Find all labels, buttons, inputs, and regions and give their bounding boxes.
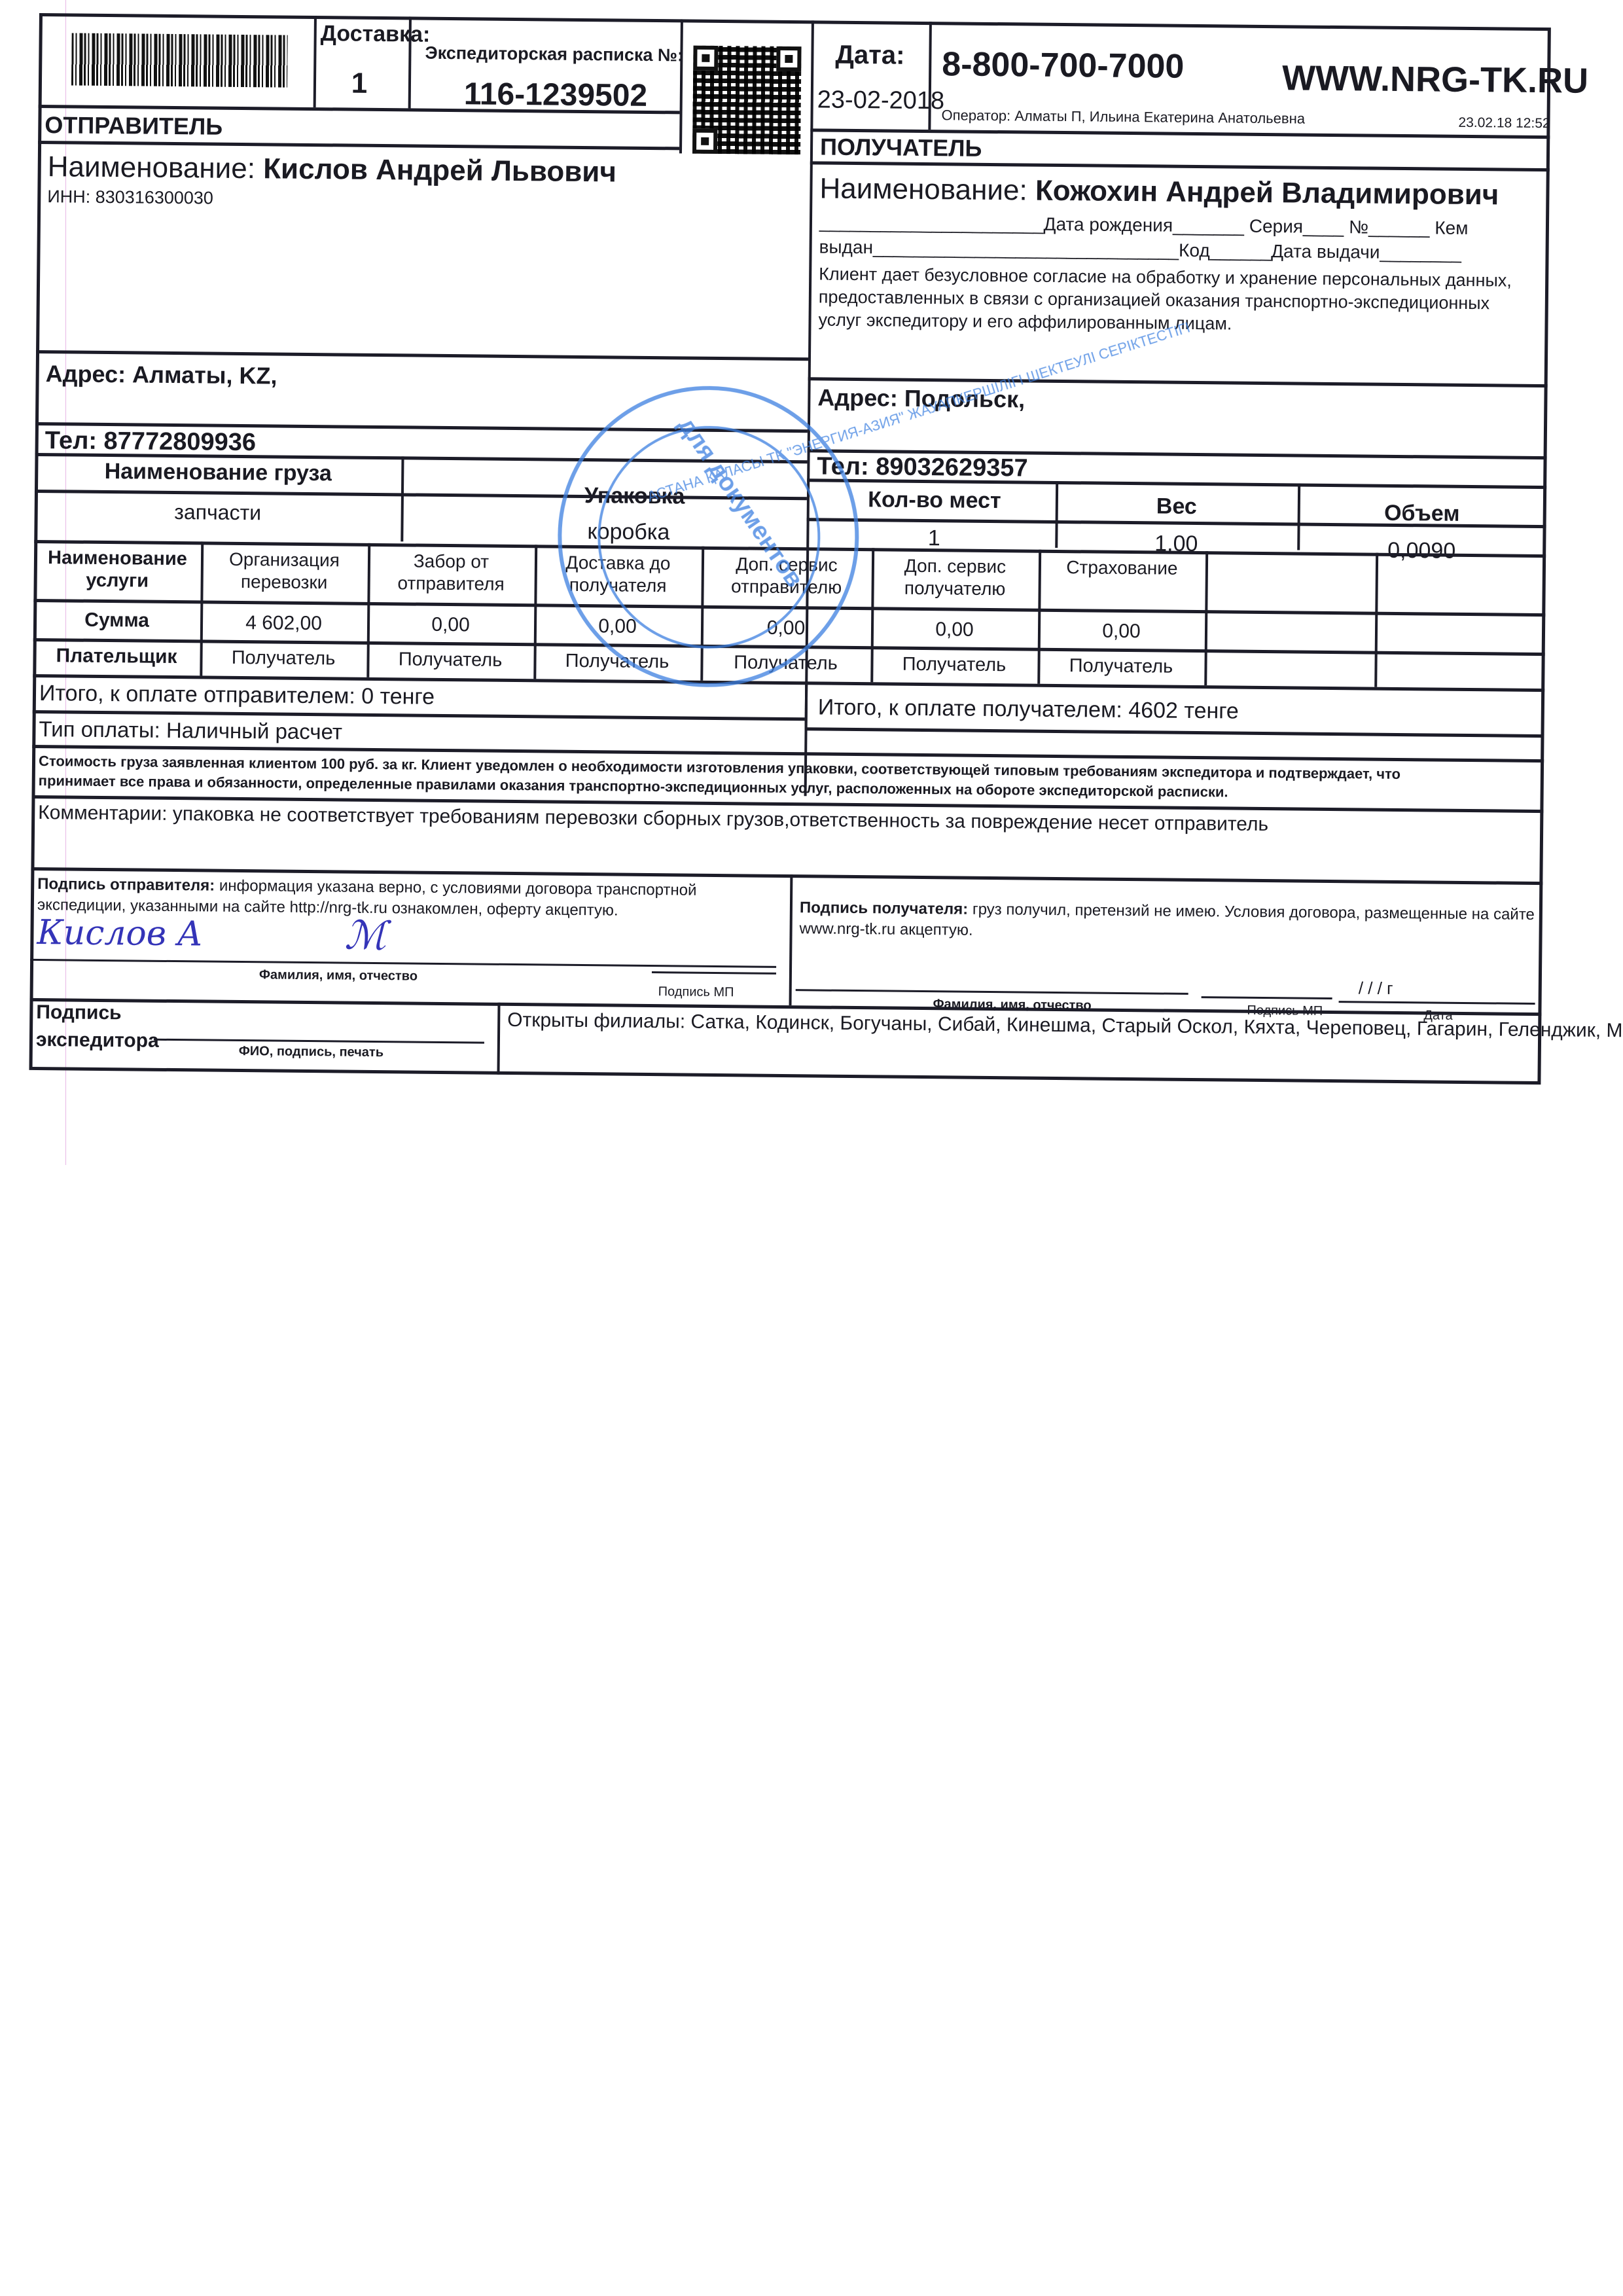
date-value: 23-02-2018 xyxy=(817,86,922,115)
company-phone: 8-800-700-7000 xyxy=(942,45,1185,86)
service-sum: 0,00 xyxy=(534,615,701,638)
sender-inn: ИНН: 830316300030 xyxy=(47,187,213,208)
service-payer: Получатель xyxy=(700,651,870,675)
recipient-name-value: Кожохин Андрей Владимирович xyxy=(1035,175,1499,211)
service-payer: Получатель xyxy=(870,653,1037,676)
sender-signature-scribble: ℳ xyxy=(344,913,387,960)
sender-handwritten-signature: Кислов А xyxy=(37,913,203,954)
receipt-number-label: Экспедиторская расписка №: xyxy=(425,43,683,66)
services-row-label-sum: Сумма xyxy=(33,609,200,632)
payment-type: Тип оплаты: Наличный расчет xyxy=(39,717,342,744)
service-sum: 0,00 xyxy=(1038,620,1205,643)
date-label: Дата: xyxy=(817,40,922,71)
barcode-icon xyxy=(71,33,288,87)
recipient-date-slots: / / / г xyxy=(1359,978,1393,999)
forwarder-caption: ФИО, подпись, печать xyxy=(239,1044,383,1060)
receipt-number: 116-1239502 xyxy=(464,76,648,114)
consent-text: Клиент дает безусловное согласие на обра… xyxy=(818,262,1512,338)
service-payer: Получатель xyxy=(533,649,700,673)
operator-info: Оператор: Алматы П, Ильина Екатерина Ана… xyxy=(941,107,1305,127)
cargo-volume-value: 0,0090 xyxy=(1297,537,1546,565)
cargo-packaging-value: коробка xyxy=(587,519,669,545)
services-row-label-name: Наименование услуги xyxy=(34,547,202,592)
service-name: Доп. сервис получателю xyxy=(871,554,1039,600)
service-payer: Получатель xyxy=(1037,655,1204,678)
service-payer: Получатель xyxy=(200,646,366,670)
company-website[interactable]: WWW.NRG-TK.RU xyxy=(1282,58,1588,101)
delivery-label: Доставка: xyxy=(321,21,431,48)
service-name: Доставка до получателя xyxy=(534,551,702,597)
service-sum: 4 602,00 xyxy=(200,611,367,635)
service-sum: 0,00 xyxy=(367,613,534,637)
sender-phone: Тел: 87772809936 xyxy=(45,427,257,457)
cargo-name-value: запчасти xyxy=(35,499,401,526)
service-sum: 0,00 xyxy=(701,617,871,640)
service-name: Организация перевозки xyxy=(201,548,368,594)
cargo-header-name: Наименование груза xyxy=(35,458,401,487)
service-sum: 0,00 xyxy=(871,618,1038,641)
sender-fio-caption: Фамилия, имя, отчество xyxy=(259,967,418,984)
forwarding-receipt: Доставка: 1 Экспедиторская расписка №: 1… xyxy=(29,13,1550,1085)
sender-address: Адрес: Алматы, KZ, xyxy=(46,360,277,389)
recipient-name: Наименование: Кожохин Андрей Владимирови… xyxy=(819,172,1499,211)
service-name: Доп. сервис отправителю xyxy=(701,553,872,599)
recipient-total: Итого, к оплате получателем: 4602 тенге xyxy=(818,694,1239,724)
recipient-phone: Тел: 89032629357 xyxy=(817,452,1028,482)
service-name: Страхование xyxy=(1039,556,1205,580)
cargo-header-weight: Вес xyxy=(1056,493,1298,521)
sender-section-title: ОТПРАВИТЕЛЬ xyxy=(45,111,223,141)
print-timestamp: 23.02.18 12:52 xyxy=(1458,115,1550,132)
sender-name: Наименование: Кислов Андрей Львович xyxy=(48,151,617,188)
cargo-header-places: Кол-во мест xyxy=(813,486,1056,514)
sender-total: Итого, к оплате отправителем: 0 тенге xyxy=(39,681,435,710)
services-row-label-payer: Плательщик xyxy=(33,645,200,668)
service-payer: Получатель xyxy=(366,648,533,672)
recipient-address: Адрес: Подольск, xyxy=(817,384,1025,413)
recipient-signature-text: Подпись получателя: груз получил, претен… xyxy=(799,897,1535,946)
service-name: Забор от отправителя xyxy=(368,550,535,596)
forwarder-label-2: экспедитора xyxy=(36,1029,159,1052)
forwarder-label-1: Подпись xyxy=(36,1001,122,1024)
qr-code-icon xyxy=(692,46,802,155)
recipient-section-title: ПОЛУЧАТЕЛЬ xyxy=(820,133,982,162)
sender-name-value: Кислов Андрей Львович xyxy=(263,152,616,188)
delivery-value: 1 xyxy=(320,67,399,100)
sender-sign-caption: Подпись МП xyxy=(658,984,734,1000)
